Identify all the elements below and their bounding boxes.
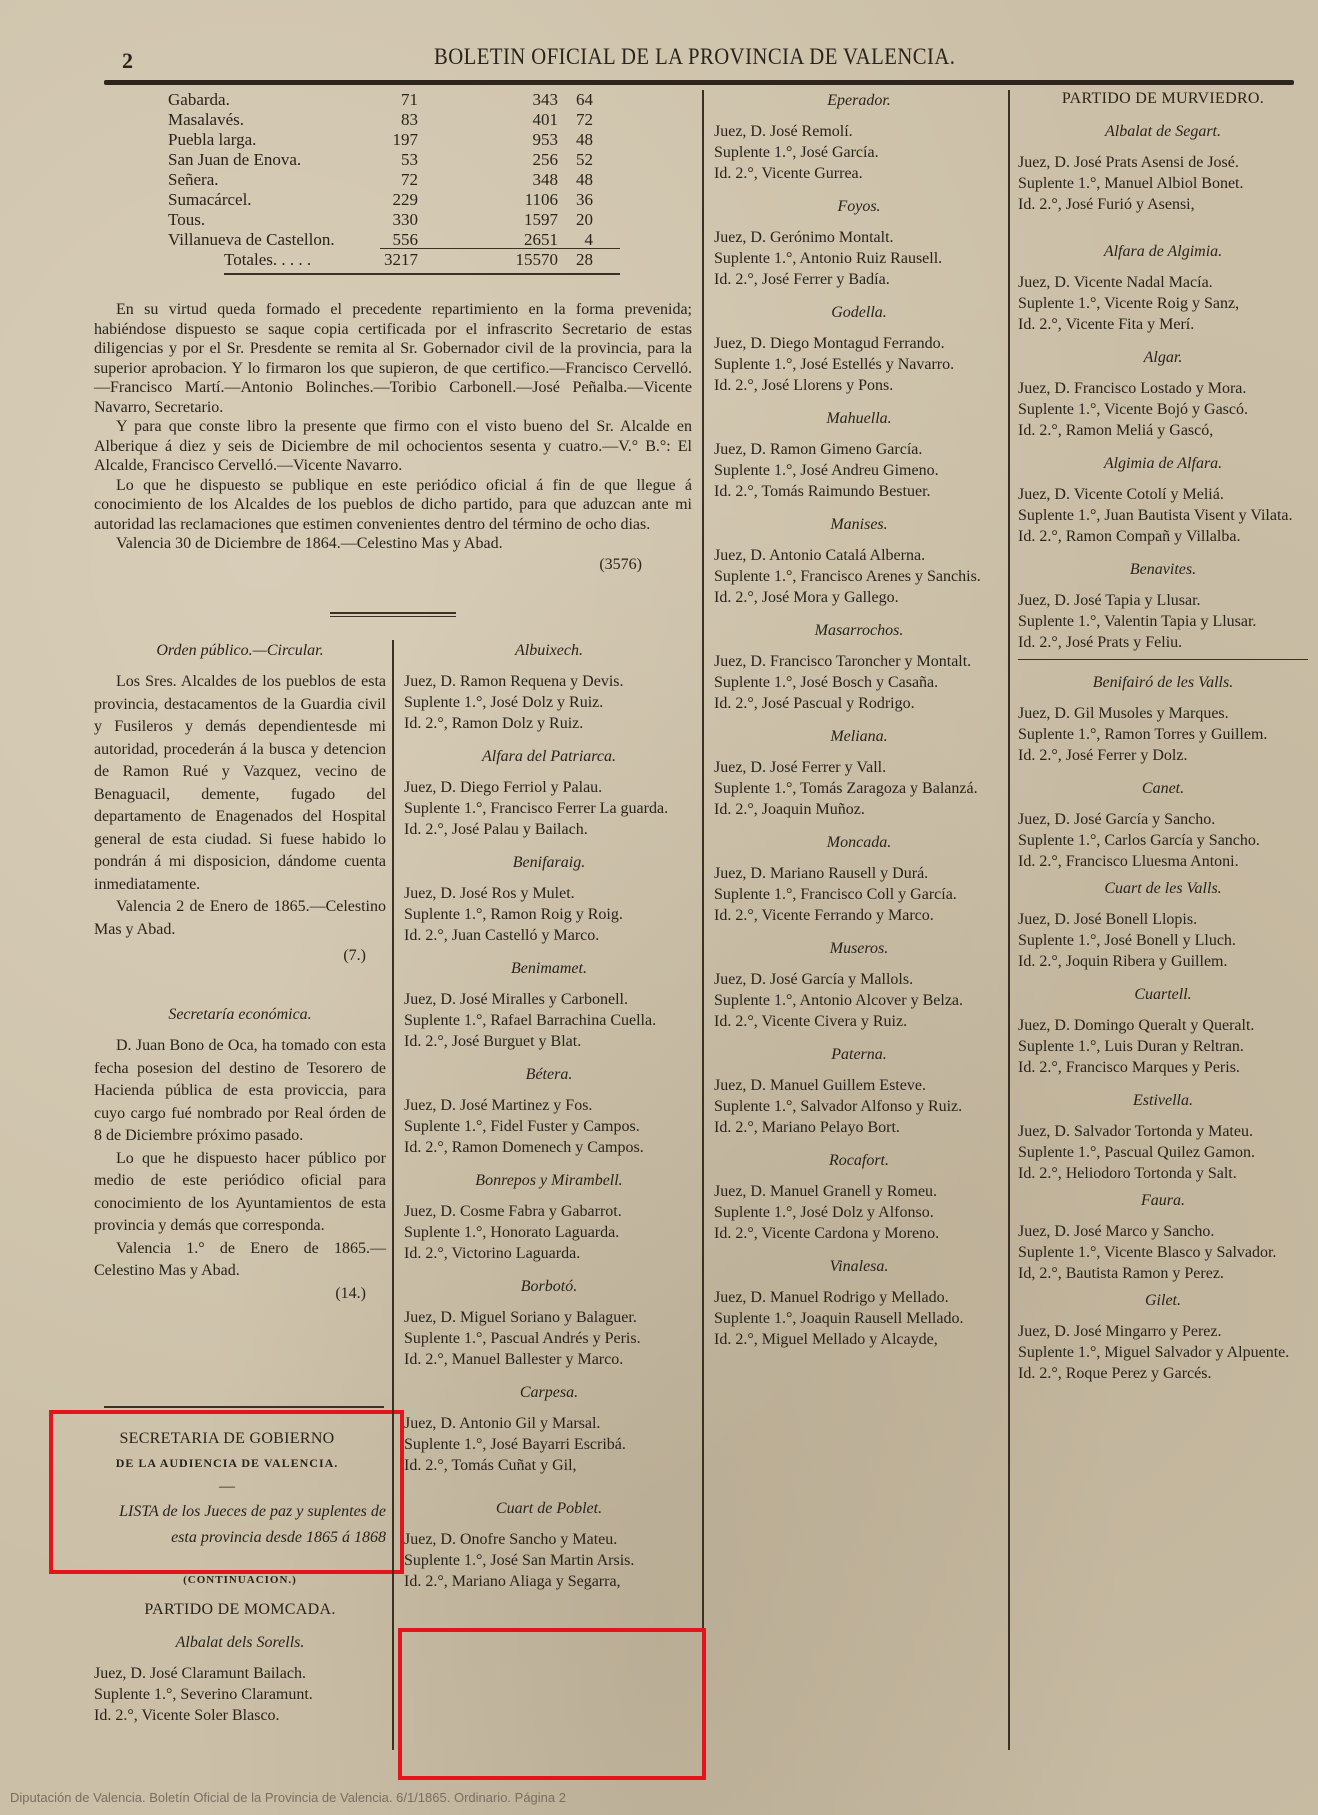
suplente2-entry: Id. 2.°, José Pascual y Rodrigo. [714,693,1004,714]
town-name: Museros. [714,938,1004,959]
reparto-article: En su virtud queda formado el precedente… [94,300,692,575]
column-rule [392,640,394,1750]
table-row: Villanueva de Castellon.55626514 [168,230,628,250]
suplente1-entry: Suplente 1.°, Francisco Ferrer La guarda… [404,798,694,819]
suplente2-entry: Id. 2.°, Heliodoro Tortonda y Salt. [1018,1163,1308,1184]
suplente2-entry: Id. 2.°, Joquin Ribera y Guillem. [1018,951,1308,972]
table-row: Señera.7234848 [168,170,628,190]
juez-entry: Juez, D. Antonio Catalá Alberna. [714,545,1004,566]
town-name: Moncada. [714,832,1004,853]
town-name: Benavites. [1018,559,1308,580]
paragraph: Lo que he dispuesto hacer público por me… [94,1148,386,1238]
suplente1-entry: Suplente 1.°, José Bayarri Escribá. [404,1434,694,1455]
paragraph: En su virtud queda formado el precedente… [94,300,692,417]
town-name: Algimia de Alfara. [1018,453,1308,474]
juez-entry: Juez, D. José García y Mallols. [714,969,1004,990]
juez-entry: Juez, D. Manuel Rodrigo y Mellado. [714,1287,1004,1308]
town-name: Benimamet. [404,958,694,979]
suplente1-entry: Suplente 1.°, Antonio Alcover y Belza. [714,990,1004,1011]
juez-entry: Juez, D. Manuel Guillem Esteve. [714,1075,1004,1096]
juez-entry: Juez, D. José García y Sancho. [1018,809,1308,830]
partido-title: PARTIDO DE MURVIEDRO. [1018,88,1308,109]
suplente1-entry: Suplente 1.°, Vicente Roig y Sanz, [1018,293,1308,314]
juez-entry: Juez, D. Diego Ferriol y Palau. [404,777,694,798]
juez-entry: Juez, D. Ramon Requena y Devis. [404,671,694,692]
town-name: Rocafort. [714,1150,1004,1171]
town-name: Canet. [1018,778,1308,799]
reference-number: (7.) [94,945,386,966]
partido-title: PARTIDO DE MOMCADA. [94,1599,386,1620]
table-row: Puebla larga.19795348 [168,130,628,150]
paragraph: D. Juan Bono de Oca, ha tomado con esta … [94,1035,386,1148]
paragraph: Los Sres. Alcaldes de los pueblos de est… [94,671,386,896]
suplente2-entry: Id. 2.°, José Furió y Asensi, [1018,194,1308,215]
suplente2-entry: Id. 2.°, Ramon Compañ y Villalba. [1018,526,1308,547]
page-header: 2 BOLETIN OFICIAL DE LA PROVINCIA DE VAL… [104,40,1294,80]
suplente1-entry: Suplente 1.°, Pascual Quilez Gamon. [1018,1142,1308,1163]
suplente1-entry: Suplente 1.°, José Dolz y Ruiz. [404,692,694,713]
juez-entry: Juez, D. Salvador Tortonda y Mateu. [1018,1121,1308,1142]
suplente2-entry: Id. 2.°, Francisco Marques y Peris. [1018,1057,1308,1078]
suplente2-entry: Id. 2.°, Ramon Dolz y Ruiz. [404,713,694,734]
suplente2-entry: Id. 2.°, Tomás Cuñat y Gil, [404,1455,694,1476]
town-name: Benifairó de les Valls. [1018,672,1308,693]
masthead-title: BOLETIN OFICIAL DE LA PROVINCIA DE VALEN… [434,44,955,70]
suplente1-entry: Suplente 1.°, José Andreu Gimeno. [714,460,1004,481]
header-rule [104,80,1294,85]
town-name: Carpesa. [404,1382,694,1403]
suplente2-entry: Id. 2.°, Vicente Fita y Merí. [1018,314,1308,335]
suplente1-entry: Suplente 1.°, Joaquin Rausell Mellado. [714,1308,1004,1329]
juez-entry: Juez, D. José Mingarro y Perez. [1018,1321,1308,1342]
suplente2-entry: Id. 2.°, Vicente Civera y Ruiz. [714,1011,1004,1032]
paragraph: Valencia 30 de Diciembre de 1864.—Celest… [94,534,692,554]
juez-entry: Juez, D. Miguel Soriano y Balaguer. [404,1307,694,1328]
suplente1-entry: Suplente 1.°, José Dolz y Alfonso. [714,1202,1004,1223]
suplente2-entry: Id. 2.°, José Ferrer y Badía. [714,269,1004,290]
column-2: Albuixech. Juez, D. Ramon Requena y Devi… [404,640,694,1592]
suplente1-entry: Suplente 1.°, Ramon Roig y Roig. [404,904,694,925]
suplente1-entry: Suplente 1.°, José Bosch y Casaña. [714,672,1004,693]
juez-entry: Juez, D. Vicente Nadal Macía. [1018,272,1308,293]
juez-entry: Juez, D. José Miralles y Carbonell. [404,989,694,1010]
totals-rule [224,273,620,275]
juez-entry: Juez, D. José Bonell Llopis. [1018,909,1308,930]
suplente1-entry: Suplente 1.°, Ramon Torres y Guillem. [1018,724,1308,745]
table-row: Tous.330159720 [168,210,628,230]
juez-entry: Juez, D. Francisco Taroncher y Montalt. [714,651,1004,672]
town-name: Cuart de les Valls. [1018,878,1308,899]
suplente1-entry: Suplente 1.°, Vicente Blasco y Salvador. [1018,1242,1308,1263]
section-title: Orden público.—Circular. [94,640,386,661]
suplente1-entry: Suplente 1.°, Antonio Ruiz Rausell. [714,248,1004,269]
table-row: Masalavés.8340172 [168,110,628,130]
page-number: 2 [122,48,133,74]
suplente2-entry: Id. 2.°, José Burguet y Blat. [404,1031,694,1052]
juez-entry: Juez, D. Diego Montagud Ferrando. [714,333,1004,354]
town-name: Estivella. [1018,1090,1308,1111]
paragraph: Valencia 2 de Enero de 1865.—Celestino M… [94,896,386,941]
column-1: Orden público.—Circular. Los Sres. Alcal… [94,640,386,1304]
town-name: Paterna. [714,1044,1004,1065]
suplente2-entry: Id, 2.°, Bautista Ramon y Perez. [1018,1263,1308,1284]
suplente1-entry: Suplente 1.°, Valentin Tapia y Llusar. [1018,611,1308,632]
suplente2-entry: Id. 2.°, José Mora y Gallego. [714,587,1004,608]
juez-entry: Juez, D. Vicente Cotolí y Meliá. [1018,484,1308,505]
column-1-lista: (CONTINUACION.) PARTIDO DE MOMCADA. Alba… [94,1570,386,1726]
suplente1-entry: Suplente 1.°, Severino Claramunt. [94,1684,386,1705]
paragraph: Y para que conste libro la presente que … [94,417,692,476]
town-name: Bétera. [404,1064,694,1085]
suplente2-entry: Id. 2.°, Vicente Gurrea. [714,163,1004,184]
juez-entry: Juez, D. José Martinez y Fos. [404,1095,694,1116]
section-divider [330,612,456,617]
town-name: Alfara de Algimia. [1018,241,1308,262]
suplente1-entry: Suplente 1.°, José García. [714,142,1004,163]
juez-entry: Juez, D. Mariano Rausell y Durá. [714,863,1004,884]
juez-entry: Juez, D. José Remolí. [714,121,1004,142]
suplente1-entry: Suplente 1.°, José Bonell y Lluch. [1018,930,1308,951]
juez-entry: Juez, D. Gil Musoles y Marques. [1018,703,1308,724]
town-name: Foyos. [714,196,1004,217]
suplente2-entry: Id. 2.°, Mariano Pelayo Bort. [714,1117,1004,1138]
suplente2-entry: Id. 2.°, Miguel Mellado y Alcayde, [714,1329,1004,1350]
suplente1-entry: Suplente 1.°, Vicente Bojó y Gascó. [1018,399,1308,420]
suplente1-entry: Suplente 1.°, Fidel Fuster y Campos. [404,1116,694,1137]
suplente1-entry: Suplente 1.°, Francisco Coll y García. [714,884,1004,905]
town-name: Borbotó. [404,1276,694,1297]
suplente2-entry: Id. 2.°, Ramon Domenech y Campos. [404,1137,694,1158]
town-name: Faura. [1018,1190,1308,1211]
juez-entry: Juez, D. Cosme Fabra y Gabarrot. [404,1201,694,1222]
suplente2-entry: Id. 2.°, Francisco Lluesma Antoni. [1018,851,1308,872]
newspaper-page: 2 BOLETIN OFICIAL DE LA PROVINCIA DE VAL… [0,0,1318,1815]
town-name: Eperador. [714,90,1004,111]
totals-row: Totales. . . . . 3217 15570 28 [168,250,628,272]
town-name: Meliana. [714,726,1004,747]
paragraph: Lo que he dispuesto se publique en este … [94,476,692,535]
juez-entry: Juez, D. Ramon Gimeno García. [714,439,1004,460]
suplente1-entry: Suplente 1.°, José San Martin Arsis. [404,1550,694,1571]
suplente2-entry: Id. 2.°, Vicente Soler Blasco. [94,1705,386,1726]
suplente2-entry: Id. 2.°, José Prats y Feliu. [1018,632,1308,653]
suplente2-entry: Id. 2.°, José Palau y Bailach. [404,819,694,840]
town-name: Albalat de Segart. [1018,121,1308,142]
reference-number: (3576) [94,554,692,575]
paragraph: Valencia 1.° de Enero de 1865.—Celestino… [94,1238,386,1283]
archive-footer: Diputación de Valencia. Boletín Oficial … [10,1790,566,1805]
suplente1-entry: Suplente 1.°, Juan Bautista Visent y Vil… [1018,505,1308,526]
suplente1-entry: Suplente 1.°, Francisco Arenes y Sanchis… [714,566,1004,587]
column-rule [702,90,704,1750]
divider-rule [1018,659,1308,660]
column-3: Eperador. Juez, D. José Remolí. Suplente… [714,90,1004,1350]
suplente1-entry: Suplente 1.°, Luis Duran y Reltran. [1018,1036,1308,1057]
suplente1-entry: Suplente 1.°, Miguel Salvador y Alpuente… [1018,1342,1308,1363]
juez-entry: Juez, D. Francisco Lostado y Mora. [1018,378,1308,399]
suplente1-entry: Suplente 1.°, Tomás Zaragoza y Balanzá. [714,778,1004,799]
suplente2-entry: Id. 2.°, Mariano Aliaga y Segarra, [404,1571,694,1592]
suplente1-entry: Suplente 1.°, Carlos García y Sancho. [1018,830,1308,851]
table-row: Gabarda.7134364 [168,90,628,110]
town-name: Algar. [1018,347,1308,368]
reference-number: (14.) [94,1283,386,1304]
juez-entry: Juez, D. José Claramunt Bailach. [94,1663,386,1684]
juez-entry: Juez, D. Antonio Gil y Marsal. [404,1413,694,1434]
suplente1-entry: Suplente 1.°, Rafael Barrachina Cuella. [404,1010,694,1031]
town-name: Gilet. [1018,1290,1308,1311]
suplente1-entry: Suplente 1.°, José Estellés y Navarro. [714,354,1004,375]
suplente2-entry: Id. 2.°, Vicente Ferrando y Marco. [714,905,1004,926]
town-name: Cuartell. [1018,984,1308,1005]
town-name: Cuart de Poblet. [404,1498,694,1519]
suplente1-entry: Suplente 1.°, Salvador Alfonso y Ruiz. [714,1096,1004,1117]
suplente1-entry: Suplente 1.°, Pascual Andrés y Peris. [404,1328,694,1349]
suplente2-entry: Id. 2.°, Joaquin Muñoz. [714,799,1004,820]
suplente1-entry: Suplente 1.°, Honorato Laguarda. [404,1222,694,1243]
section-title: Secretaría económica. [94,1004,386,1025]
suplente2-entry: Id. 2.°, Tomás Raimundo Bestuer. [714,481,1004,502]
highlight-box-cuart-de-poblet [398,1628,706,1780]
column-4: PARTIDO DE MURVIEDRO. Albalat de Segart.… [1018,88,1308,1384]
town-name: Alfara del Patriarca. [404,746,694,767]
juez-entry: Juez, D. José Tapia y Llusar. [1018,590,1308,611]
juez-entry: Juez, D. Onofre Sancho y Mateu. [404,1529,694,1550]
suplente2-entry: Id. 2.°, Roque Perez y Garcés. [1018,1363,1308,1384]
town-name: Godella. [714,302,1004,323]
juez-entry: Juez, D. Manuel Granell y Romeu. [714,1181,1004,1202]
subtotal-rule [380,248,620,249]
repartimiento-table: Gabarda.7134364 Masalavés.8340172 Puebla… [168,90,628,250]
juez-entry: Juez, D. José Ferrer y Vall. [714,757,1004,778]
suplente2-entry: Id. 2.°, José Ferrer y Dolz. [1018,745,1308,766]
suplente2-entry: Id. 2.°, Juan Castelló y Marco. [404,925,694,946]
town-name: Mahuella. [714,408,1004,429]
continuacion-label: (CONTINUACION.) [94,1570,386,1591]
town-name: Masarrochos. [714,620,1004,641]
town-name: Manises. [714,514,1004,535]
highlight-box-lista [49,1410,404,1574]
juez-entry: Juez, D. José Prats Asensi de José. [1018,152,1308,173]
town-name: Bonrepos y Mirambell. [404,1170,694,1191]
table-row: San Juan de Enova.5325652 [168,150,628,170]
column-rule [1008,90,1010,1750]
town-name: Vinalesa. [714,1256,1004,1277]
juez-entry: Juez, D. Gerónimo Montalt. [714,227,1004,248]
town-name: Albalat dels Sorells. [94,1632,386,1653]
town-name: Albuixech. [404,640,694,661]
suplente2-entry: Id. 2.°, Vicente Cardona y Moreno. [714,1223,1004,1244]
table-row: Sumacárcel.229110636 [168,190,628,210]
suplente1-entry: Suplente 1.°, Manuel Albiol Bonet. [1018,173,1308,194]
suplente2-entry: Id. 2.°, Victorino Laguarda. [404,1243,694,1264]
suplente2-entry: Id. 2.°, José Llorens y Pons. [714,375,1004,396]
juez-entry: Juez, D. José Marco y Sancho. [1018,1221,1308,1242]
juez-entry: Juez, D. Domingo Queralt y Queralt. [1018,1015,1308,1036]
juez-entry: Juez, D. José Ros y Mulet. [404,883,694,904]
town-name: Benifaraig. [404,852,694,873]
suplente2-entry: Id. 2.°, Ramon Meliá y Gascó, [1018,420,1308,441]
suplente2-entry: Id. 2.°, Manuel Ballester y Marco. [404,1349,694,1370]
